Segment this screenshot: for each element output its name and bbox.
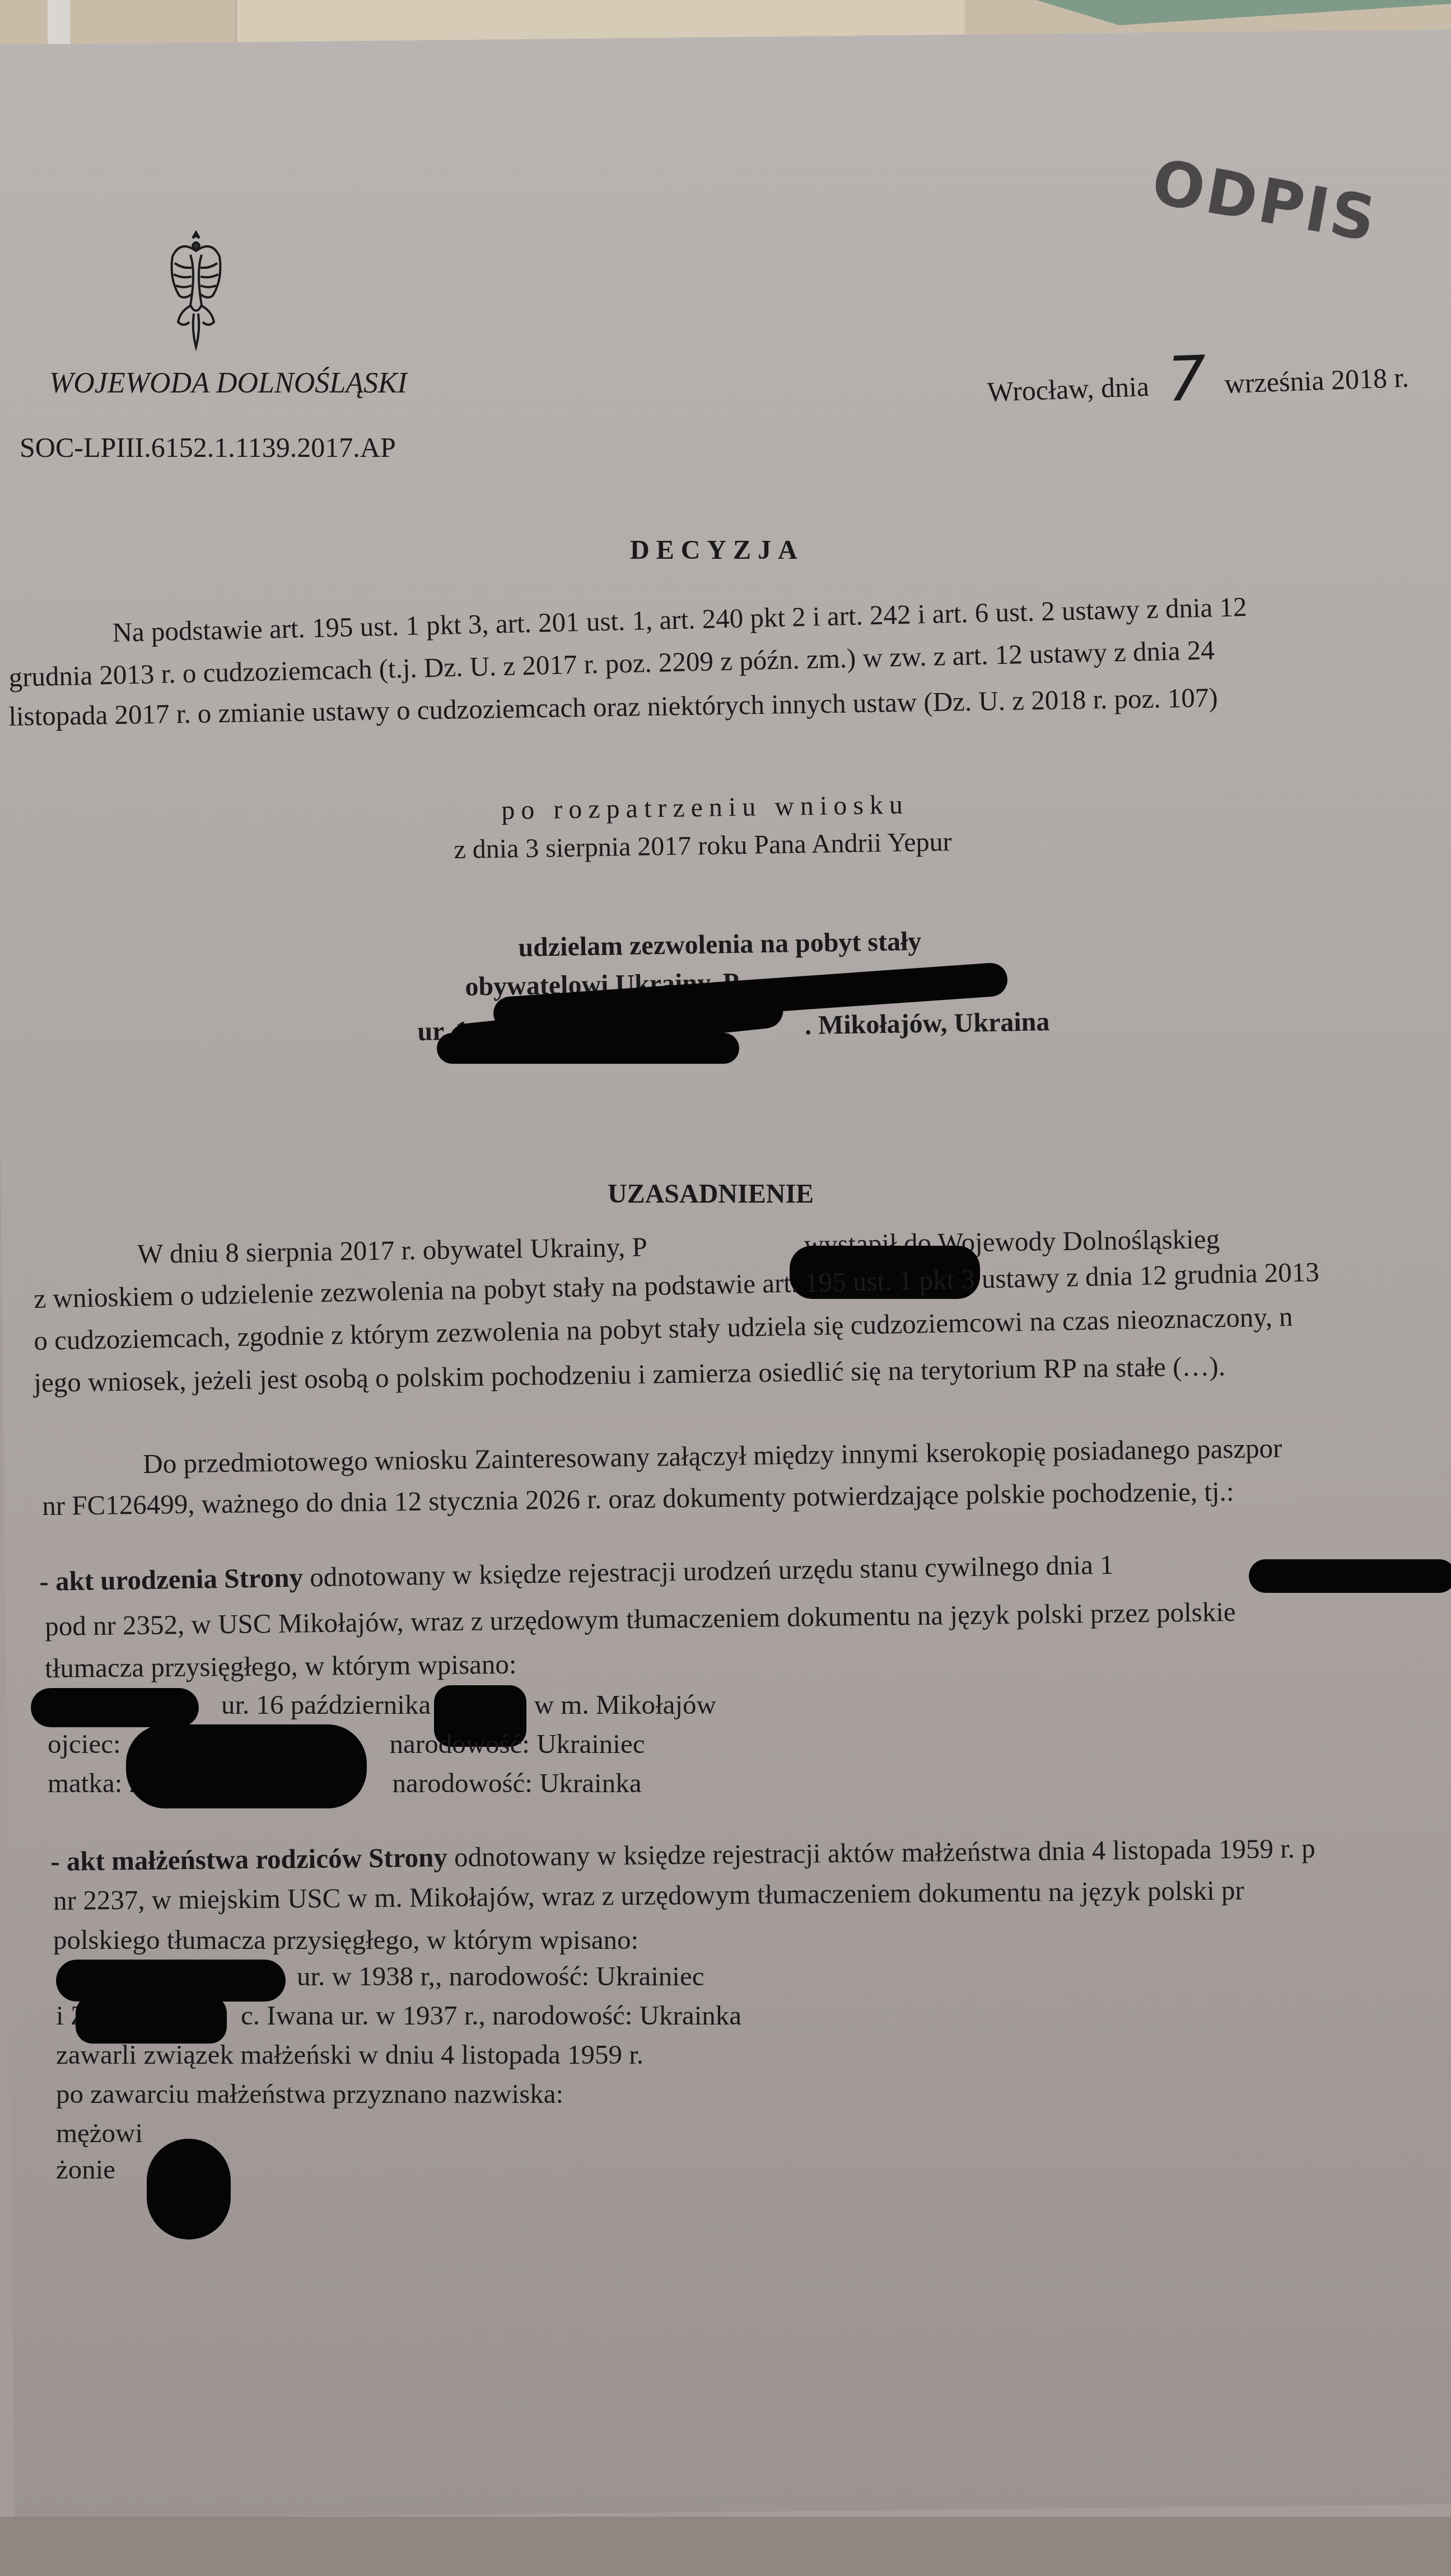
redaction-mark (31, 1688, 199, 1727)
marriage-record-line: polskiego tłumacza przysięgłego, w który… (53, 1926, 638, 1953)
redaction-mark (1249, 1559, 1451, 1593)
text-fragment: narodowość: Ukrainka (393, 1768, 642, 1798)
marriage-record-lead: - akt małżeństwa rodziców Strony (50, 1842, 447, 1877)
birth-record-line: tłumacza przysięgłego, w którym wpisano: (45, 1651, 517, 1682)
text-fragment: . w m. Mikołajów (520, 1689, 716, 1720)
redaction-mark (437, 1033, 739, 1064)
background-surface (0, 2517, 1451, 2576)
text-fragment: c. Iwana ur. w 1937 r., narodowość: Ukra… (241, 2000, 741, 2031)
case-number: SOC-LPIII.6152.1.1139.2017.AP (20, 431, 396, 464)
text-fragment: ojciec: (48, 1728, 121, 1759)
justification-title: UZASADNIENIE (608, 1179, 814, 1209)
wife-line: c. Iwana ur. w 1937 r., narodowość: Ukra… (241, 2002, 741, 2029)
birth-record-lead: - akt urodzenia Strony (39, 1562, 303, 1597)
text-fragment: narodowość: Ukrainiec (390, 1728, 645, 1759)
redaction-mark (126, 1724, 367, 1808)
marriage-record-line: po zawarciu małżeństwa przyznano nazwisk… (56, 2080, 563, 2107)
background-card (48, 0, 70, 50)
marriage-record-line: zawarli związek małżeński w dniu 4 listo… (56, 2041, 643, 2068)
husband-line: ur. w 1938 r,, narodowość: Ukrainiec (297, 1962, 704, 1990)
handwritten-day: 7 (1166, 342, 1207, 415)
wife-surname-line: żonie (56, 2156, 115, 2183)
redaction-mark (56, 1960, 286, 2002)
grant-line: udzielam zezwolenia na pobyt stały (518, 926, 922, 963)
redaction-mark (147, 2139, 231, 2240)
consideration-heading: po rozpatrzeniu wniosku (501, 789, 909, 826)
text-fragment: ur. 16 października (221, 1689, 431, 1720)
redaction-mark (76, 1996, 227, 2044)
place-prefix: Wrocław, dnia (987, 371, 1150, 408)
decision-title: DECYZJA (630, 535, 804, 565)
husband-surname-line: mężowi (56, 2119, 143, 2147)
issuer-name: WOJEWODA DOLNOŚLĄSKI (49, 367, 407, 400)
grant-birth-place: . Mikołajów, Ukraina (805, 1007, 1050, 1040)
date-suffix: września 2018 r. (1224, 362, 1410, 399)
polish-eagle-emblem-icon (168, 230, 224, 356)
place-and-date: Wrocław, dnia 7 września 2018 r. (986, 330, 1410, 416)
